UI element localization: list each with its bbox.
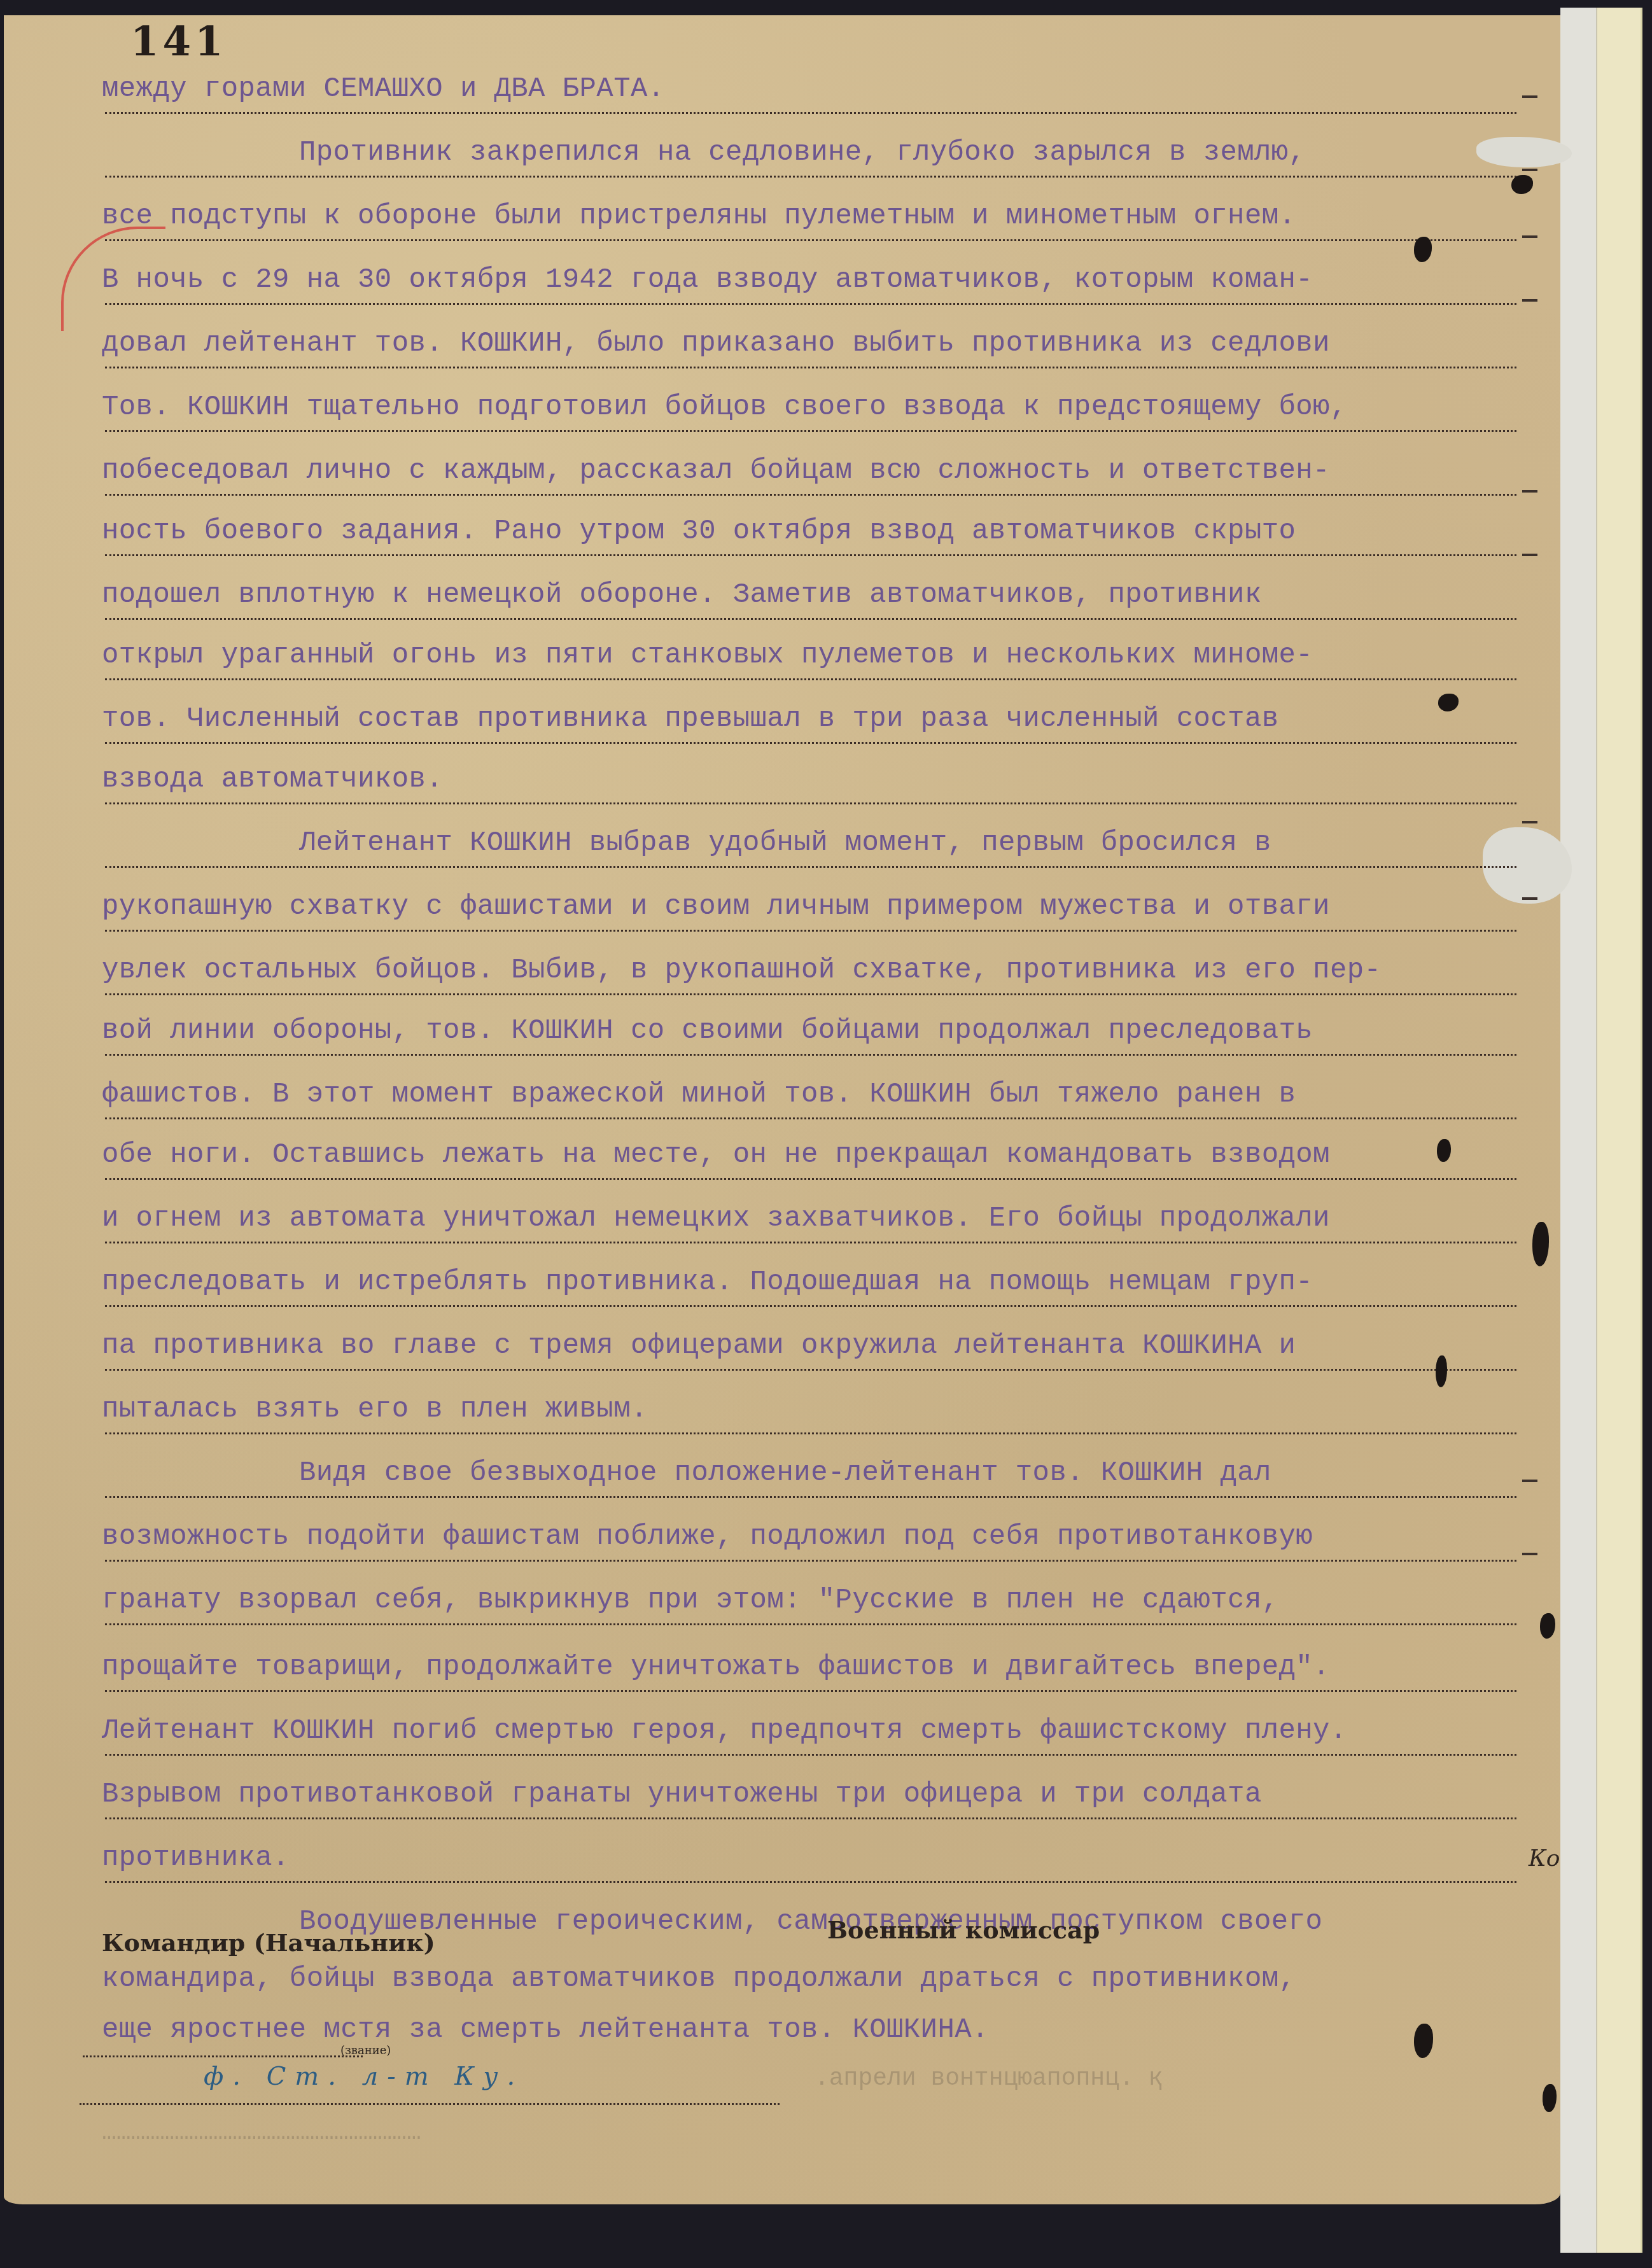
typed-line: увлек остальных бойцов. Выбив, в рукопаш…	[102, 951, 1502, 990]
typed-rule	[105, 1054, 1516, 1056]
typed-rule	[105, 1305, 1516, 1307]
edge-fragment: Ко	[1529, 1845, 1560, 1872]
typed-rule	[105, 618, 1516, 620]
typed-line: противника.	[102, 1839, 1502, 1877]
typed-rule	[105, 176, 1516, 178]
margin-tick	[1522, 95, 1537, 98]
typed-line: открыл ураганный огонь из пяти станковых…	[102, 636, 1502, 675]
typed-line: побеседовал лично с каждым, рассказал бо…	[102, 452, 1502, 490]
commander-label: Командир (Начальник)	[102, 1928, 435, 1957]
margin-tick	[1522, 897, 1537, 900]
rank-line	[83, 2055, 363, 2057]
margin-tick	[1522, 235, 1537, 238]
bleed-through-text: .апрели вонтнцюапопнц. қ	[815, 2065, 1163, 2092]
typed-line: Лейтенант КОШКИН выбрав удобный момент, …	[299, 824, 1652, 862]
typed-line: фашистов. В этот момент вражеской миной …	[102, 1075, 1502, 1114]
typed-line: Видя свое безвыходное положение-лейтенан…	[299, 1454, 1652, 1492]
typed-rule	[105, 303, 1516, 305]
typed-rule	[105, 1881, 1516, 1883]
margin-tick	[1522, 299, 1537, 302]
commissar-label: Военный комиссар	[827, 1915, 1100, 1944]
typed-rule	[105, 1623, 1516, 1625]
typed-line: обе ноги. Оставшись лежать на месте, он …	[102, 1136, 1502, 1174]
typed-rule	[105, 1432, 1516, 1434]
margin-tick	[1522, 821, 1537, 823]
typed-line: ность боевого задания. Рано утром 30 окт…	[102, 512, 1502, 550]
typed-rule	[105, 742, 1516, 744]
typed-rule	[105, 993, 1516, 995]
typed-line: Противник закрепился на седловине, глубо…	[299, 134, 1652, 172]
typed-line: гранату взорвал себя, выкрикнув при этом…	[102, 1581, 1502, 1620]
page-number: 141	[130, 18, 227, 66]
margin-tick	[1522, 490, 1537, 493]
typed-rule	[105, 494, 1516, 496]
typed-rule	[105, 367, 1516, 368]
typed-line: командира, бойцы взвода автоматчиков про…	[102, 1960, 1502, 1998]
typed-rule	[105, 554, 1516, 556]
margin-tick	[1522, 554, 1537, 556]
typed-line: прощайте товарищи, продолжайте уничтожат…	[102, 1648, 1502, 1686]
typed-rule	[105, 1369, 1516, 1371]
typed-line: между горами СЕМАШХО и ДВА БРАТА.	[102, 70, 1502, 108]
bleed-through-text: …………………………………………………………	[102, 2119, 421, 2146]
typed-rule	[105, 1178, 1516, 1180]
typed-rule	[105, 1560, 1516, 1562]
typed-rule	[105, 930, 1516, 932]
rank-caption: (звание)	[340, 2044, 391, 2057]
typed-rule	[105, 678, 1516, 680]
typed-line: Взрывом противотанковой гранаты уничтоже…	[102, 1775, 1502, 1814]
typed-line: довал лейтенант тов. КОШКИН, было приказ…	[102, 325, 1502, 363]
typed-rule	[105, 1242, 1516, 1243]
typed-rule	[105, 430, 1516, 432]
typed-line: подошел вплотную к немецкой обороне. Зам…	[102, 576, 1502, 614]
typed-line: преследовать и истреблять противника. По…	[102, 1263, 1502, 1301]
typed-rule	[105, 1754, 1516, 1756]
typed-line: взвода автоматчиков.	[102, 760, 1502, 799]
typed-line: все подступы к обороне были пристреляны …	[102, 197, 1502, 235]
typed-rule	[105, 1817, 1516, 1819]
signature-line	[80, 2103, 780, 2105]
typed-line: и огнем из автомата уничтожал немецких з…	[102, 1200, 1502, 1238]
typed-line: вой линии обороны, тов. КОШКИН со своими…	[102, 1012, 1502, 1050]
typed-line: еще яростнее мстя за смерть лейтенанта т…	[102, 2011, 1502, 2049]
typed-rule	[105, 1117, 1516, 1119]
typed-rule	[105, 1690, 1516, 1692]
typed-line: пыталась взять его в плен живым.	[102, 1390, 1502, 1429]
typed-line: рукопашную схватку с фашистами и своим л…	[102, 888, 1502, 926]
signature: ф. Ст. л-т Ку.	[204, 2062, 524, 2091]
typed-rule	[105, 866, 1516, 868]
margin-tick	[1522, 169, 1537, 171]
margin-tick	[1522, 1480, 1537, 1482]
typed-rule	[105, 112, 1516, 114]
typed-rule	[105, 239, 1516, 241]
typed-line: В ночь с 29 на 30 октября 1942 года взво…	[102, 261, 1502, 299]
typed-rule	[105, 802, 1516, 804]
typed-line: па противника во главе с тремя офицерами…	[102, 1327, 1502, 1365]
typed-rule	[105, 1496, 1516, 1498]
typed-line: возможность подойти фашистам поближе, по…	[102, 1518, 1502, 1556]
typed-line: тов. Численный состав противника превыша…	[102, 700, 1502, 738]
typed-line: Тов. КОШКИН тщательно подготовил бойцов …	[102, 388, 1502, 426]
typed-line: Лейтенант КОШКИН погиб смертью героя, пр…	[102, 1712, 1502, 1750]
margin-tick	[1522, 1553, 1537, 1555]
